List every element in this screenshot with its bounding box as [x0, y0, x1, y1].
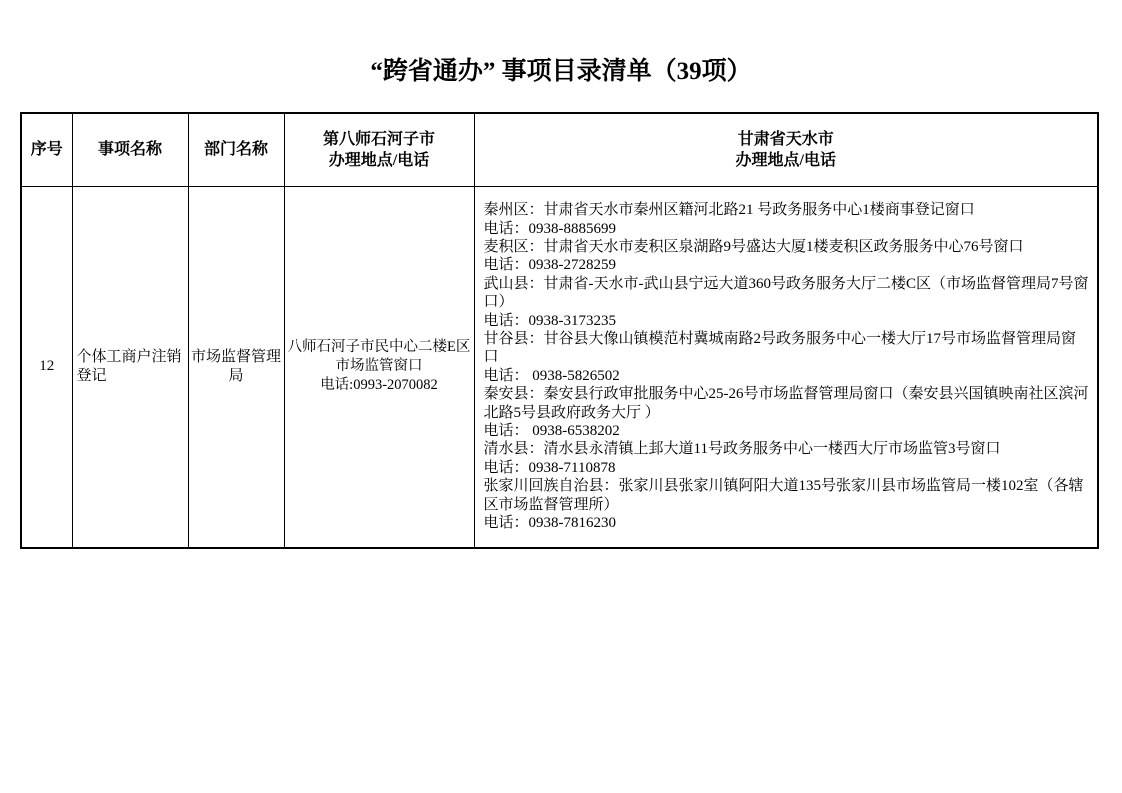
page-title: “跨省通办” 事项目录清单（39项）: [0, 56, 1122, 88]
cell-tianshui-location: 秦州区：甘肃省天水市秦州区籍河北路21 号政务服务中心1楼商事登记窗口 电话：0…: [474, 186, 1098, 548]
cell-department: 市场监督管理局: [188, 186, 284, 548]
col-header-item-name: 事项名称: [72, 113, 188, 186]
cell-shihezi-location: 八师石河子市民中心二楼E区 市场监管窗口 电话:0993-2070082: [284, 186, 474, 548]
header-row: 序号 事项名称 部门名称 第八师石河子市 办理地点/电话 甘肃省天水市 办理地点…: [21, 113, 1098, 186]
cell-seq: 12: [21, 186, 72, 548]
cell-item-name: 个体工商户注销登记: [72, 186, 188, 548]
col-header-seq: 序号: [21, 113, 72, 186]
document-page: “跨省通办” 事项目录清单（39项） 序号 事项名称 部门名称 第八师石河子市 …: [0, 0, 1122, 793]
table-row: 12 个体工商户注销登记 市场监督管理局 八师石河子市民中心二楼E区 市场监管窗…: [21, 186, 1098, 548]
col-header-department: 部门名称: [188, 113, 284, 186]
col-header-tianshui-location: 甘肃省天水市 办理地点/电话: [474, 113, 1098, 186]
col-header-shihezi-location: 第八师石河子市 办理地点/电话: [284, 113, 474, 186]
items-table: 序号 事项名称 部门名称 第八师石河子市 办理地点/电话 甘肃省天水市 办理地点…: [20, 112, 1099, 549]
